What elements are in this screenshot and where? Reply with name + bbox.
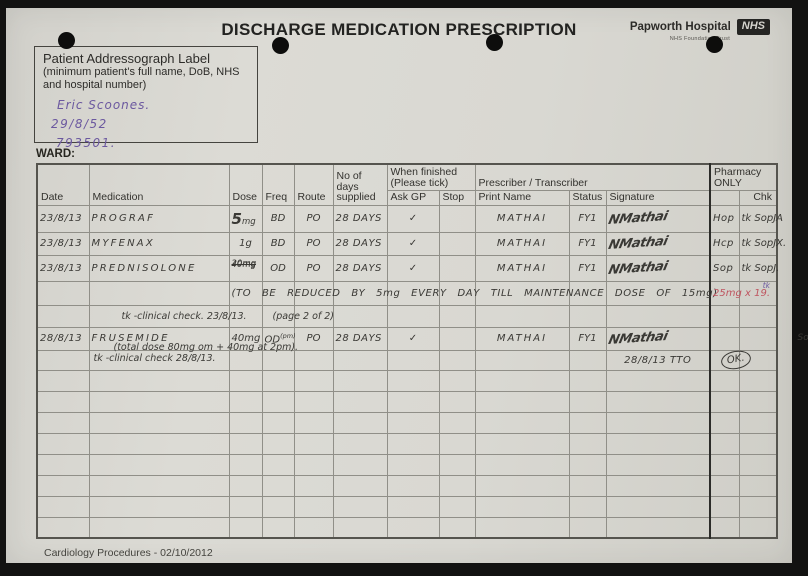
empty-cell: [606, 454, 710, 475]
date-cell: 23/8/13: [37, 205, 89, 232]
status-cell: FY1: [569, 205, 606, 232]
empty-cell: [37, 496, 89, 517]
date-cell: [37, 305, 89, 327]
medication-cell: [89, 281, 229, 305]
empty-cell: [262, 454, 294, 475]
signature-cell: NMathai: [606, 327, 710, 350]
status-cell: FY1: [569, 327, 606, 350]
empty-cell: [37, 454, 89, 475]
dose-cell: 1g: [229, 232, 262, 255]
empty-cell: [710, 433, 739, 454]
empty-cell: [37, 370, 89, 391]
empty-cell: [739, 496, 777, 517]
stop-cell: [439, 327, 475, 350]
empty-cell: [569, 370, 606, 391]
ask-gp-cell: ✓: [387, 205, 439, 232]
empty-cell: [229, 517, 262, 538]
hospital-name: Papworth Hospital: [630, 21, 731, 33]
date-cell: 23/8/13: [37, 232, 89, 255]
empty-cell: [37, 433, 89, 454]
hole-punch: [272, 37, 289, 54]
col-header-print-name: Print Name: [475, 191, 569, 206]
empty-cell: [333, 412, 387, 433]
status-cell: FY1: [569, 232, 606, 255]
empty-cell: [606, 496, 710, 517]
empty-cell: [739, 370, 777, 391]
empty-cell: [710, 475, 739, 496]
empty-cell: [387, 517, 439, 538]
empty-cell: [569, 517, 606, 538]
patient-box-title: Patient Addressograph Label: [43, 51, 249, 66]
empty-cell: [387, 496, 439, 517]
chk-cell: tk SopJA: [739, 205, 777, 232]
patient-box-subtitle-2: and hospital number): [43, 79, 249, 92]
medication-row-prograf: 23/8/13 PROGRAF 5mg BD PO 28 DAYS ✓ MATH…: [37, 205, 777, 232]
empty-cell: [294, 517, 333, 538]
empty-cell: [387, 391, 439, 412]
col-header-pharmacy-only: Pharmacy ONLY: [710, 164, 777, 191]
empty-cell: [439, 391, 475, 412]
empty-cell: [294, 412, 333, 433]
stop-cell: [439, 232, 475, 255]
empty-cell: [89, 412, 229, 433]
empty-cell: [229, 454, 262, 475]
frusemide-note-handwriting: (total dose 80mg om + 40mg at 2pm). tk -…: [92, 342, 227, 364]
hole-punch: [58, 32, 75, 49]
empty-cell: [294, 433, 333, 454]
signature-cell: NMathai: [606, 255, 710, 281]
empty-cell: [475, 370, 569, 391]
empty-cell: [439, 412, 475, 433]
empty-row: [37, 517, 777, 538]
empty-cell: [229, 391, 262, 412]
empty-cell: [333, 517, 387, 538]
freq-pm-superscript: (pm): [280, 332, 296, 340]
page-ref-handwriting: (page 2 of 2): [273, 311, 334, 322]
col-header-stop: Stop: [439, 191, 475, 206]
tto-note-cell: 28/8/13 TTO: [606, 350, 710, 370]
empty-cell: [710, 517, 739, 538]
empty-cell: [606, 391, 710, 412]
col-header-medication: Medication: [89, 164, 229, 205]
print-name-cell: MATHAI: [475, 232, 569, 255]
empty-cell: [262, 433, 294, 454]
medication-cell: PROGRAF: [89, 205, 229, 232]
print-name-cell: MATHAI: [475, 255, 569, 281]
prescription-sheet: DISCHARGE MEDICATION PRESCRIPTION Papwor…: [6, 8, 792, 563]
empty-cell: [569, 475, 606, 496]
empty-cell: [569, 454, 606, 475]
empty-cell: [475, 454, 569, 475]
reduction-note-handwriting: (TO BE REDUCED BY 5mg EVERY DAY TILL MAI…: [232, 288, 718, 299]
frusemide-note-cell: (total dose 80mg om + 40mg at 2pm). tk -…: [89, 350, 229, 370]
pharmacy-cell: Sop: [710, 255, 739, 281]
empty-cell: [387, 454, 439, 475]
stop-cell: [439, 255, 475, 281]
days-cell: 28 DAYS: [333, 255, 387, 281]
empty-row: [37, 391, 777, 412]
ask-gp-cell: ✓: [387, 232, 439, 255]
chk-cell: tk SopJ.: [739, 255, 777, 281]
dose-number: 5: [232, 210, 242, 228]
empty-cell: [262, 370, 294, 391]
empty-cell: [439, 454, 475, 475]
route-cell: PO: [294, 255, 333, 281]
empty-cell: [387, 370, 439, 391]
empty-cell: [439, 433, 475, 454]
empty-cell: [606, 370, 710, 391]
empty-cell: [89, 454, 229, 475]
empty-row: [37, 454, 777, 475]
empty-cell: [739, 391, 777, 412]
clinical-check-note-row: tk -clinical check. 23/8/13.(page 2 of 2…: [37, 305, 777, 327]
signature-handwriting: NMathai: [606, 329, 668, 348]
empty-cell: [475, 475, 569, 496]
empty-cell: [37, 517, 89, 538]
ward-label: WARD:: [36, 148, 75, 160]
empty-cell: [333, 496, 387, 517]
reduction-note-row: (TO BE REDUCED BY 5mg EVERY DAY TILL MAI…: [37, 281, 777, 305]
empty-cell: [262, 475, 294, 496]
empty-cell: [569, 433, 606, 454]
dose-cell: 20mg 40mg: [229, 255, 262, 281]
patient-name-handwriting: Eric Scoones.: [57, 98, 249, 112]
empty-row: [37, 412, 777, 433]
empty-cell: [89, 433, 229, 454]
reduction-note-cell: (TO BE REDUCED BY 5mg EVERY DAY TILL MAI…: [229, 281, 262, 305]
signature-handwriting: NMathai: [606, 209, 668, 228]
freq-cell: BD: [262, 232, 294, 255]
status-cell: FY1: [569, 255, 606, 281]
col-header-signature: Signature: [606, 191, 710, 206]
empty-cell: [333, 454, 387, 475]
dose-unit: mg: [242, 217, 256, 227]
medication-row-prednisolone: 23/8/13 PREDNISOLONE 20mg 40mg OD PO 28 …: [37, 255, 777, 281]
empty-cell: [229, 370, 262, 391]
empty-cell: [262, 412, 294, 433]
empty-cell: [606, 517, 710, 538]
pharmacist-initials-handwriting: SopJ: [798, 333, 808, 343]
empty-cell: [229, 475, 262, 496]
date-cell: 23/8/13: [37, 255, 89, 281]
empty-cell: [294, 391, 333, 412]
clinical-check-note-cell: tk -clinical check. 23/8/13.(page 2 of 2…: [89, 305, 229, 327]
date-cell: [37, 281, 89, 305]
days-cell: 28 DAYS: [333, 327, 387, 350]
empty-cell: [89, 496, 229, 517]
trust-line: NHS Foundation Trust: [630, 36, 770, 42]
pharmacy-cell: OK.: [710, 350, 739, 370]
empty-cell: [710, 412, 739, 433]
col-header-date: Date: [37, 164, 89, 205]
empty-cell: [739, 517, 777, 538]
patient-number-handwriting: 793501.: [56, 136, 249, 150]
col-header-prescriber: Prescriber / Transcriber: [475, 164, 710, 191]
empty-cell: [294, 454, 333, 475]
empty-cell: [710, 496, 739, 517]
empty-cell: [739, 475, 777, 496]
empty-cell: [739, 454, 777, 475]
medication-cell: PREDNISOLONE: [89, 255, 229, 281]
empty-row: [37, 496, 777, 517]
footer-text: Cardiology Procedures - 02/10/2012: [44, 547, 213, 559]
empty-cell: [606, 433, 710, 454]
empty-cell: [739, 412, 777, 433]
empty-cell: [294, 475, 333, 496]
empty-cell: [89, 517, 229, 538]
col-header-pharmacy-blank: [710, 191, 739, 206]
empty-cell: [739, 433, 777, 454]
empty-cell: [710, 391, 739, 412]
freq-cell: OD: [262, 255, 294, 281]
empty-cell: [475, 412, 569, 433]
empty-cell: [387, 433, 439, 454]
print-name-cell: MATHAI: [475, 327, 569, 350]
empty-cell: [333, 433, 387, 454]
empty-cell: [569, 496, 606, 517]
empty-cell: [262, 496, 294, 517]
col-header-chk: Chk: [739, 191, 777, 206]
empty-cell: [606, 412, 710, 433]
empty-row: [37, 433, 777, 454]
patient-dob-handwriting: 29/8/52: [51, 117, 249, 131]
days-cell: 28 DAYS: [333, 205, 387, 232]
patient-addressograph-box: Patient Addressograph Label (minimum pat…: [34, 46, 258, 143]
print-name-cell: MATHAI: [475, 205, 569, 232]
empty-cell: [439, 517, 475, 538]
empty-cell: [439, 370, 475, 391]
clinical-check-handwriting: tk -clinical check. 23/8/13.(page 2 of 2…: [92, 311, 335, 322]
freq-cell: BD: [262, 205, 294, 232]
signature-handwriting: NMathai: [606, 234, 668, 253]
pharmacy-cell: Hcp: [710, 232, 739, 255]
route-cell: PO: [294, 205, 333, 232]
empty-cell: [37, 391, 89, 412]
col-header-when-finished: When finished (Please tick): [387, 164, 475, 191]
empty-cell: [89, 391, 229, 412]
empty-cell: [229, 496, 262, 517]
days-cell: 28 DAYS: [333, 232, 387, 255]
empty-row: [37, 370, 777, 391]
signature-cell: NMathai: [606, 232, 710, 255]
empty-cell: [333, 475, 387, 496]
hospital-brand: Papworth Hospital NHS NHS Foundation Tru…: [630, 19, 770, 42]
empty-cell: [37, 475, 89, 496]
medication-cell: MYFENAX: [89, 232, 229, 255]
empty-cell: [333, 370, 387, 391]
pharmacy-cell: Hop: [710, 205, 739, 232]
date-cell: [37, 350, 89, 370]
empty-cell: [294, 496, 333, 517]
empty-cell: [569, 391, 606, 412]
signature-handwriting: NMathai: [606, 259, 668, 278]
empty-cell: [89, 475, 229, 496]
chk-cell: tk SopJX.: [739, 232, 777, 255]
empty-cell: [387, 475, 439, 496]
empty-cell: [262, 391, 294, 412]
empty-cell: [387, 412, 439, 433]
frusemide-note-row: (total dose 80mg om + 40mg at 2pm). tk -…: [37, 350, 777, 370]
signature-cell: NMathai: [606, 205, 710, 232]
medication-table: Date Medication Dose Freq Route No of da…: [36, 163, 778, 539]
date-cell: 28/8/13: [37, 327, 89, 350]
header-row-group: Date Medication Dose Freq Route No of da…: [37, 164, 777, 191]
stop-cell: [439, 205, 475, 232]
col-header-route: Route: [294, 164, 333, 205]
empty-cell: [475, 517, 569, 538]
dose-cell: 5mg: [229, 205, 262, 232]
empty-cell: [569, 412, 606, 433]
medication-row-myfenax: 23/8/13 MYFENAX 1g BD PO 28 DAYS ✓ MATHA…: [37, 232, 777, 255]
chk-cell: SopJ: [739, 327, 777, 350]
empty-cell: [294, 370, 333, 391]
pharmacy-cell: [710, 327, 739, 350]
empty-cell: [37, 412, 89, 433]
route-cell: PO: [294, 327, 333, 350]
ask-gp-cell: ✓: [387, 255, 439, 281]
hole-punch: [486, 34, 503, 51]
empty-cell: [475, 391, 569, 412]
pharmacy-quantity-handwriting: 25mg x 19. tk: [713, 288, 770, 299]
empty-cell: [439, 475, 475, 496]
empty-cell: [229, 433, 262, 454]
dose-crossed-out: 40mg: [232, 261, 260, 270]
empty-cell: [606, 475, 710, 496]
route-cell: PO: [294, 232, 333, 255]
empty-row: [37, 475, 777, 496]
col-header-status: Status: [569, 191, 606, 206]
pharmacy-cell: 25mg x 19. tk: [710, 281, 739, 305]
ask-gp-cell: ✓: [387, 327, 439, 350]
col-header-ask-gp: Ask GP: [387, 191, 439, 206]
empty-cell: [262, 517, 294, 538]
empty-cell: [475, 433, 569, 454]
empty-cell: [333, 391, 387, 412]
empty-cell: [89, 370, 229, 391]
col-header-dose: Dose: [229, 164, 262, 205]
nhs-logo: NHS: [737, 19, 770, 35]
col-header-freq: Freq: [262, 164, 294, 205]
empty-cell: [710, 454, 739, 475]
patient-box-subtitle-1: (minimum patient's full name, DoB, NHS: [43, 66, 249, 79]
hole-punch: [706, 36, 723, 53]
empty-cell: [475, 496, 569, 517]
empty-cell: [229, 412, 262, 433]
col-header-days-supplied: No of days supplied: [333, 164, 387, 205]
tk-initials: tk: [763, 281, 770, 290]
empty-cell: [439, 496, 475, 517]
empty-cell: [710, 370, 739, 391]
